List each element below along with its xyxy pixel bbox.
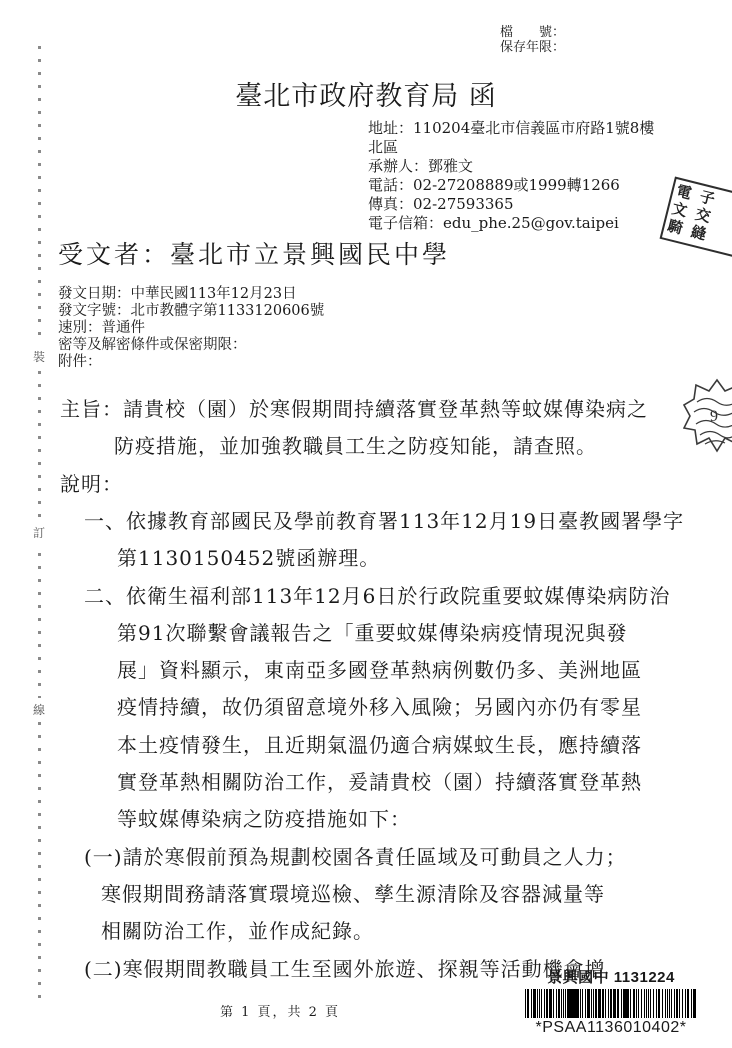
barcode-value: *PSAA1136010402* (516, 1019, 706, 1037)
meta-line: 發文字號：北市教體字第1133120606號 (58, 303, 324, 320)
page-number: 第 1 頁，共 2 頁 (0, 1001, 560, 1020)
binding-mark-label: 訂 (30, 521, 48, 544)
address-line: 北區 (368, 138, 654, 157)
body-text-line: 說明： (60, 470, 123, 498)
file-number-block: 檔 號：保存年限： (500, 25, 565, 55)
body-text-line: 一、依據教育部國民及學前教育署113年12月19日臺教國署學字 (84, 507, 684, 535)
document-page: 裝訂線 檔 號：保存年限： 臺北市政府教育局 函 地址：110204臺北市信義區… (0, 0, 732, 1048)
body-text-line: 等蚊媒傳染病之防疫措施如下： (117, 805, 411, 833)
meta-line: 速別：普通件 (58, 320, 324, 337)
meta-line: 發文日期：中華民國113年12月23日 (58, 286, 324, 303)
body-text-line: 本土疫情發生，且近期氣溫仍適合病媒蚊生長，應持續落 (117, 731, 642, 759)
meta-line: 附件： (58, 354, 324, 371)
body-text-line: 疫情持續，故仍須留意境外移入風險；另國內亦仍有零星 (117, 693, 642, 721)
electronic-exchange-stamp-icon: 電子文交騎縫 (660, 177, 732, 260)
body-text-line: 第91次聯繫會議報告之「重要蚊媒傳染病疫情現況與發 (117, 619, 627, 647)
body-text-line: 防疫措施，並加強教職員工生之防疫知能，請查照。 (114, 432, 597, 460)
body-text-line: 實登革熱相關防治工作，爰請貴校（園）持續落實登革熱 (117, 768, 642, 796)
address-line: 承辦人：鄧雅文 (368, 157, 654, 176)
file-number-label: 檔 號： (500, 25, 565, 40)
school-code-label: 景興國中 1131224 (516, 966, 706, 987)
binding-mark-label: 線 (30, 698, 48, 721)
address-line: 地址：110204臺北市信義區市府路1號8樓 (368, 119, 654, 138)
document-title: 臺北市政府教育局 函 (0, 74, 732, 113)
document-meta-block: 發文日期：中華民國113年12月23日發文字號：北市教體字第1133120606… (58, 286, 324, 371)
address-line: 傳真：02-27593365 (368, 195, 654, 214)
body-text-line: 展」資料顯示，東南亞多國登革熱病例數仍多、美洲地區 (117, 656, 642, 684)
address-line: 電子信箱：edu_phe.25@gov.taipei (368, 214, 654, 233)
body-text-line: 主旨：請貴校（園）於寒假期間持續落實登革熱等蚊媒傳染病之 (60, 395, 648, 423)
recipient-line: 受文者：臺北市立景興國民中學 (58, 235, 450, 271)
body-text-line: 寒假期間務請落實環境巡檢、孳生源清除及容器減量等 (101, 880, 605, 908)
sender-address-block: 地址：110204臺北市信義區市府路1號8樓北區承辦人：鄧雅文電話：02-272… (368, 119, 654, 233)
seal-digit: 9 (710, 408, 718, 425)
body-text-line: 二、依衛生福利部113年12月6日於行政院重要蚊媒傳染病防治 (84, 582, 670, 610)
body-text-line: (一)請於寒假前預為規劃校園各責任區域及可動員之人力； (84, 843, 627, 871)
meta-line: 密等及解密條件或保密期限： (58, 337, 324, 354)
address-line: 電話：02-27208889或1999轉1266 (368, 176, 654, 195)
body-text-line: 相關防治工作，並作成紀錄。 (101, 917, 374, 945)
body-text-line: 第1130150452號函辦理。 (117, 544, 380, 572)
barcode-block: 景興國中 1131224 *PSAA1136010402* (516, 966, 706, 1037)
barcode (516, 989, 706, 1018)
retention-label: 保存年限： (500, 40, 565, 55)
binding-mark-label: 裝 (30, 345, 48, 368)
crumpled-seal-icon: 9 (683, 372, 732, 460)
